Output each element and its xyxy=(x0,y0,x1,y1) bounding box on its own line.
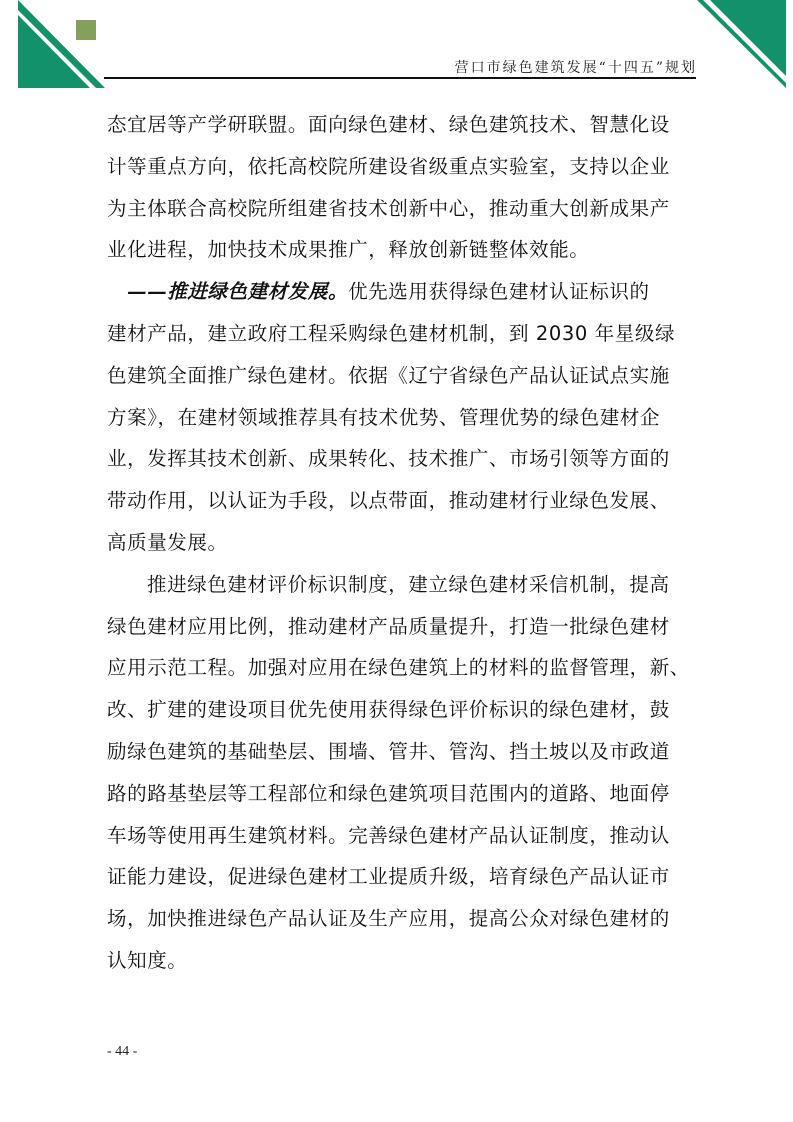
text-line: ——推进绿色建材发展。优先选用获得绿色建材认证标识的 xyxy=(107,271,697,313)
green-square-decoration xyxy=(76,20,96,40)
body-text: 态宜居等产学研联盟。面向绿色建材、绿色建筑技术、智慧化设 计等重点方向，依托高校… xyxy=(107,104,697,982)
text-line: 带动作用，以认证为手段，以点带面，推动建材行业绿色发展、 xyxy=(107,480,697,522)
text-line: 业，发挥其技术创新、成果转化、技术推广、市场引领等方面的 xyxy=(107,438,697,480)
text-line: 建材产品，建立政府工程采购绿色建材机制，到 2030 年星级绿 xyxy=(107,313,697,355)
text-line: 路的路基垫层等工程部位和绿色建筑项目范围内的道路、地面停 xyxy=(107,773,697,815)
corner-triangle-decoration-left xyxy=(0,0,110,90)
text-line: 色建筑全面推广绿色建材。依据《辽宁省绿色产品认证试点实施 xyxy=(107,355,697,397)
text-line: 方案》，在建材领域推荐具有技术优势、管理优势的绿色建材企 xyxy=(107,397,697,439)
running-header-title: 营口市绿色建筑发展“十四五”规划 xyxy=(455,57,697,77)
text-span: 优先选用获得绿色建材认证标识的 xyxy=(348,280,650,303)
text-line: 推进绿色建材评价标识制度，建立绿色建材采信机制，提高 xyxy=(107,564,697,606)
corner-triangle-decoration-right xyxy=(693,0,793,90)
text-line: 高质量发展。 xyxy=(107,522,697,564)
section-lead-heading: ——推进绿色建材发展。 xyxy=(127,280,348,303)
paragraph: 推进绿色建材评价标识制度，建立绿色建材采信机制，提高 绿色建材应用比例，推动建材… xyxy=(107,564,697,982)
text-line: 业化进程，加快技术成果推广，释放创新链整体效能。 xyxy=(107,229,697,271)
text-line: 车场等使用再生建筑材料。完善绿色建材产品认证制度，推动认 xyxy=(107,815,697,857)
text-line: 认知度。 xyxy=(107,940,697,982)
text-line: 应用示范工程。加强对应用在绿色建筑上的材料的监督管理，新、 xyxy=(107,647,697,689)
paragraph: 态宜居等产学研联盟。面向绿色建材、绿色建筑技术、智慧化设 计等重点方向，依托高校… xyxy=(107,104,697,271)
text-line: 计等重点方向，依托高校院所建设省级重点实验室，支持以企业 xyxy=(107,146,697,188)
text-line: 绿色建材应用比例，推动建材产品质量提升，打造一批绿色建材 xyxy=(107,606,697,648)
text-line: 场，加快推进绿色产品认证及生产应用，提高公众对绿色建材的 xyxy=(107,898,697,940)
page-number: - 44 - xyxy=(107,1044,137,1060)
text-line: 为主体联合高校院所组建省技术创新中心，推动重大创新成果产 xyxy=(107,188,697,230)
paragraph: ——推进绿色建材发展。优先选用获得绿色建材认证标识的 建材产品，建立政府工程采购… xyxy=(107,271,697,564)
text-line: 改、扩建的建设项目优先使用获得绿色评价标识的绿色建材，鼓 xyxy=(107,689,697,731)
text-line: 证能力建设，促进绿色建材工业提质升级，培育绿色产品认证市 xyxy=(107,856,697,898)
header-rule xyxy=(104,77,696,79)
text-line: 态宜居等产学研联盟。面向绿色建材、绿色建筑技术、智慧化设 xyxy=(107,104,697,146)
text-line: 励绿色建筑的基础垫层、围墙、管井、管沟、挡土坡以及市政道 xyxy=(107,731,697,773)
